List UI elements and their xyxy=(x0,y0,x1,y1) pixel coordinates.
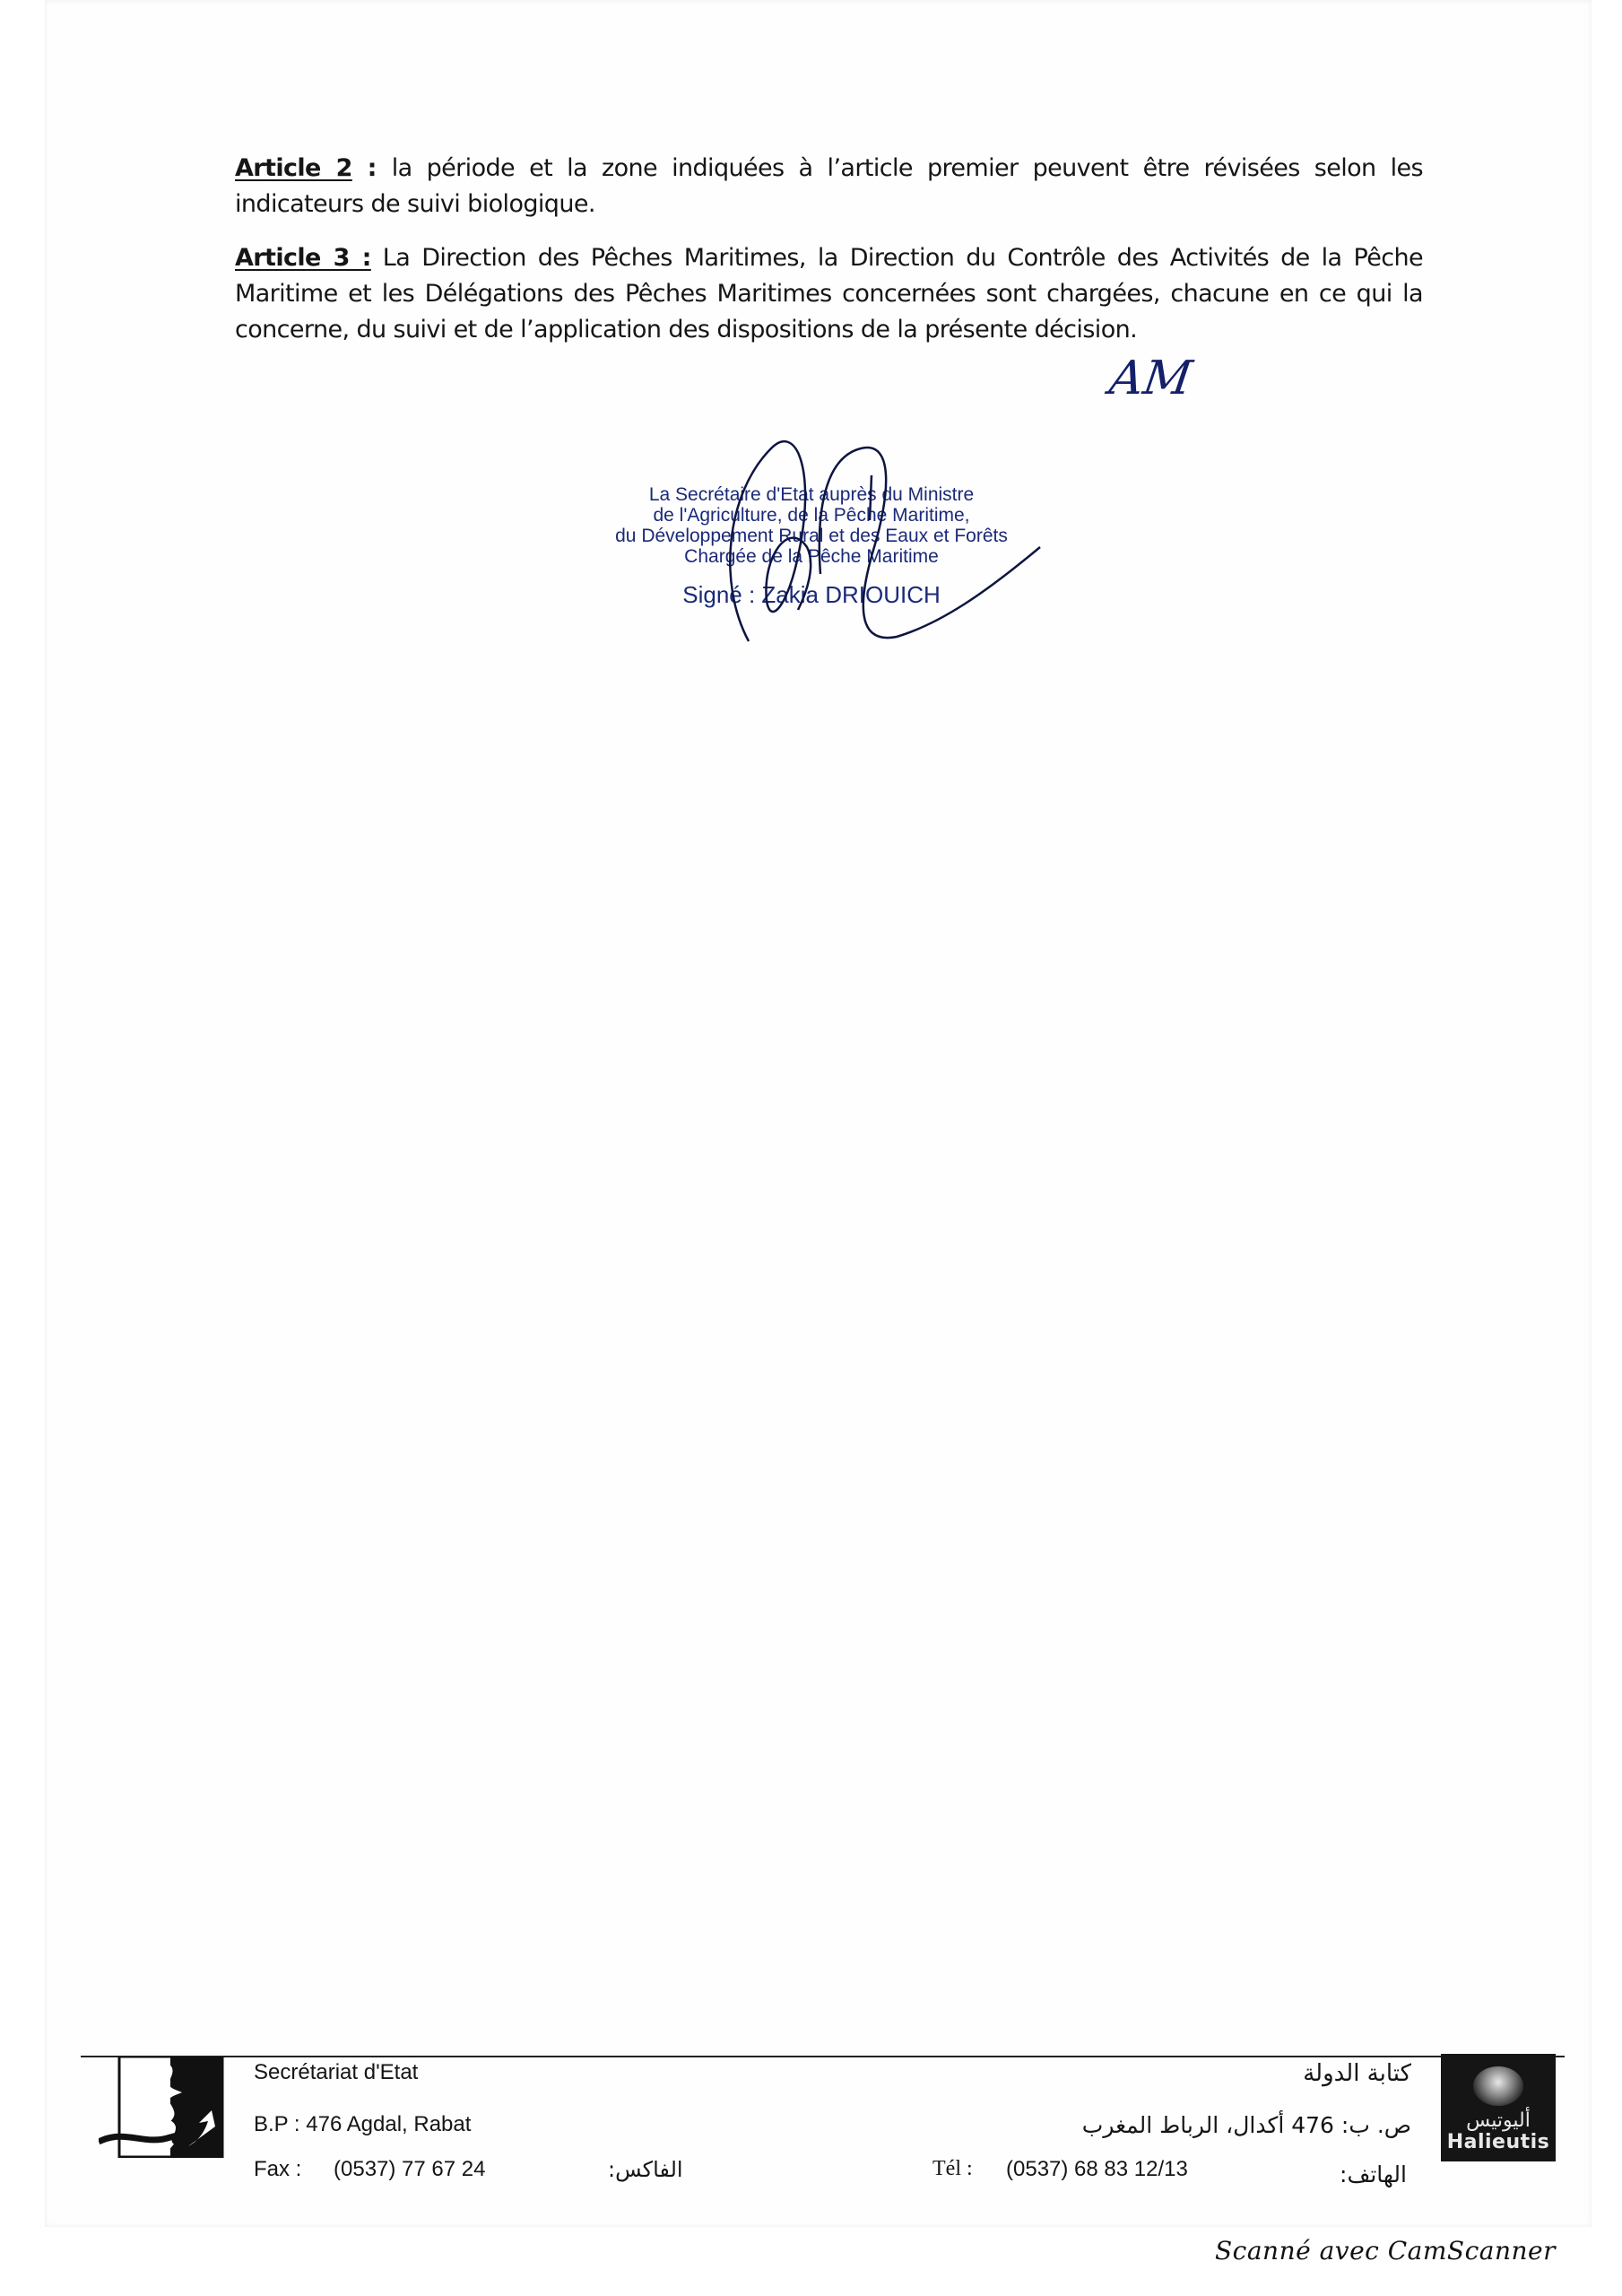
article-2: Article 2 : la période et la zone indiqu… xyxy=(235,151,1423,222)
handwritten-initials: AM xyxy=(1106,352,1195,405)
article-2-label: Article 2 xyxy=(235,154,352,182)
article-3-separator xyxy=(371,244,383,272)
halieutis-logo: أليوتيس Halieutis xyxy=(1441,2054,1556,2161)
footer-tel-label: Tél : xyxy=(932,2157,973,2181)
article-3-label: Article 3 : xyxy=(235,244,371,272)
camscanner-watermark: Scanné avec CamScanner xyxy=(1215,2236,1556,2266)
footer-tel-label-ar: الهاتف: xyxy=(1340,2161,1407,2187)
footer-org-fr: Secrétariat d'Etat xyxy=(254,2060,418,2085)
article-3-text: La Direction des Pêches Maritimes, la Di… xyxy=(235,244,1423,344)
footer-divider xyxy=(81,2056,1565,2057)
footer-org-ar: كتابة الدولة xyxy=(1303,2060,1411,2087)
footer-address-ar: ص. ب: 476 أكدال، الرباط المغرب xyxy=(1082,2112,1411,2138)
halieutis-globe-icon xyxy=(1473,2066,1523,2106)
halieutis-logo-text: Halieutis xyxy=(1441,2131,1556,2154)
footer-fax-label-ar: الفاكس: xyxy=(608,2157,683,2182)
footer-tel-number: (0537) 68 83 12/13 xyxy=(1006,2157,1188,2182)
article-3: Article 3 : La Direction des Pêches Mari… xyxy=(235,240,1423,348)
handwritten-signature-icon xyxy=(681,422,1058,655)
footer-fax-label: Fax : xyxy=(254,2157,301,2182)
footer-address-fr: B.P : 476 Agdal, Rabat xyxy=(254,2112,471,2137)
article-2-separator: : xyxy=(352,154,392,182)
halieutis-logo-text-ar: أليوتيس xyxy=(1441,2111,1556,2131)
article-2-text: la période et la zone indiquées à l’arti… xyxy=(235,154,1423,218)
footer-fax-number: (0537) 77 67 24 xyxy=(334,2157,485,2182)
secretariat-logo-icon xyxy=(99,2057,226,2158)
